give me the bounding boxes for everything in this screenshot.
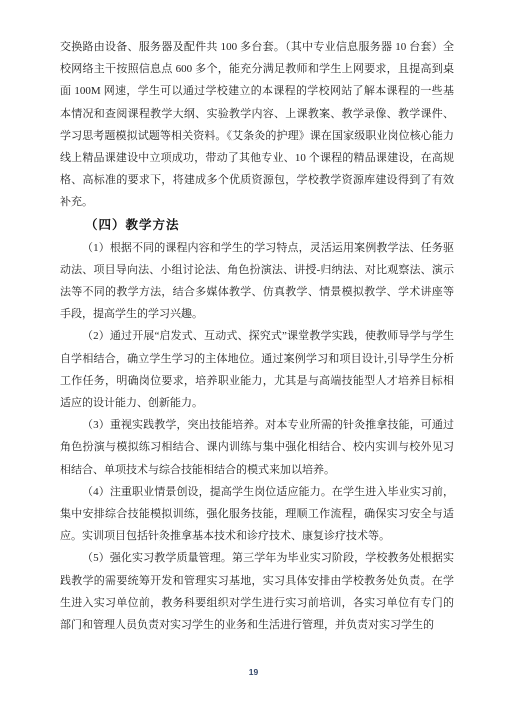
document-page: 交换路由设备、服务器及配件共 100 多台套。（其中专业信息服务器 10 台套）… — [0, 0, 507, 707]
teaching-method-point-3: （3）重视实践教学，突出技能培养。对本专业所需的针灸推拿技能，可通过角色扮演与模… — [60, 414, 454, 481]
paragraph-continuation: 交换路由设备、服务器及配件共 100 多台套。（其中专业信息服务器 10 台套）… — [60, 36, 454, 214]
page-text-block: 交换路由设备、服务器及配件共 100 多台套。（其中专业信息服务器 10 台套）… — [60, 36, 454, 636]
teaching-method-point-5: （5）强化实习教学质量管理。第三学年为毕业实习阶段，学校教务处根据实践教学的需要… — [60, 547, 454, 636]
page-number: 19 — [0, 667, 507, 677]
section-heading-teaching-methods: （四）教学方法 — [60, 214, 454, 237]
teaching-method-point-4: （4）注重职业情景创设，提高学生岗位适应能力。在学生进入毕业实习前，集中安排综合… — [60, 481, 454, 548]
teaching-method-point-2: （2）通过开展“启发式、互动式、探究式”课堂教学实践，使教师导学与学生自学相结合… — [60, 325, 454, 414]
teaching-method-point-1: （1）根据不同的课程内容和学生的学习特点，灵活运用案例教学法、任务驱动法、项目导… — [60, 237, 454, 326]
